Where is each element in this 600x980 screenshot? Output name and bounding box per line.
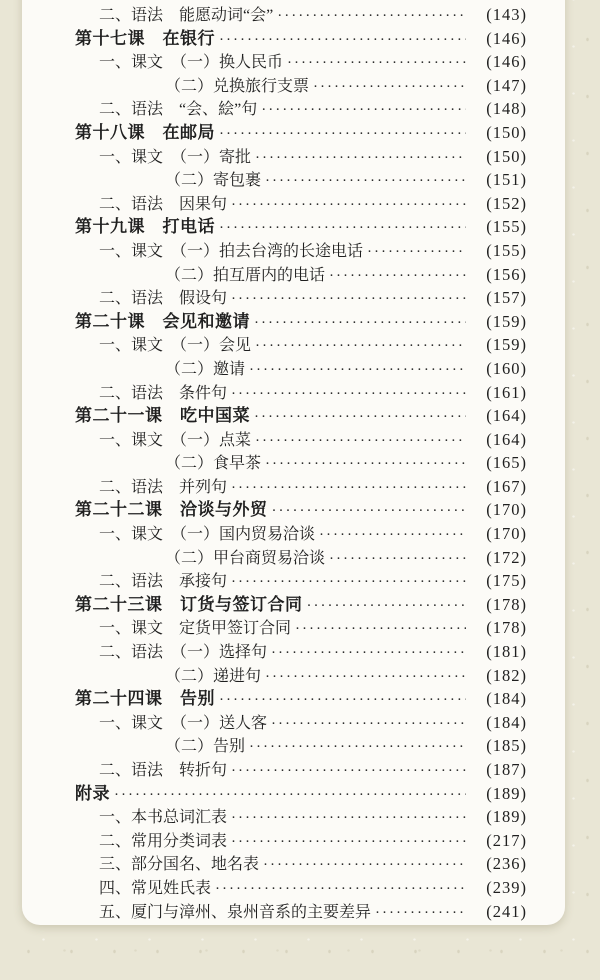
entry-page-number: (155) <box>471 239 527 263</box>
dot-leader <box>277 5 466 29</box>
toc-entry: 二、语法 能愿动词“会” (143) <box>75 3 527 27</box>
toc-entry: 第二十课 会见和邀请 (159) <box>75 310 527 334</box>
entry-label: （二）寄包裹 <box>165 169 261 193</box>
entry-label: 附录 <box>75 782 110 806</box>
dot-leader <box>219 123 466 147</box>
entry-page-number: (147) <box>471 74 527 98</box>
toc-entry: 二、语法 转折句 (187) <box>75 758 527 782</box>
dot-leader <box>329 548 466 572</box>
toc-entry: 四、常见姓氏表 (239) <box>75 876 527 900</box>
dot-leader <box>255 147 466 171</box>
entry-page-number: (185) <box>471 734 527 758</box>
entry-label: 一、课文 （一）拍去台湾的长途电话 <box>99 240 363 264</box>
toc-entry: （二）食早茶 (165) <box>75 451 527 475</box>
toc-entry: 一、课文 定货甲签订合同 (178) <box>75 616 527 640</box>
dot-leader <box>375 902 466 925</box>
dot-leader <box>261 99 466 123</box>
toc-entry: 二、语法 承接句 (175) <box>75 569 527 593</box>
dot-leader <box>114 784 466 808</box>
table-of-contents: 二、语法 能愿动词“会” (143) 第十七课 在银行 (146) 一、课文 （… <box>22 0 565 925</box>
entry-page-number: (217) <box>471 829 527 853</box>
entry-page-number: (170) <box>471 522 527 546</box>
entry-page-number: (241) <box>471 900 527 924</box>
entry-page-number: (175) <box>471 569 527 593</box>
dot-leader <box>254 312 466 336</box>
entry-label: （二）递进句 <box>165 665 261 689</box>
toc-entry: 三、部分国名、地名表 (236) <box>75 852 527 876</box>
book-page: 二、语法 能愿动词“会” (143) 第十七课 在银行 (146) 一、课文 （… <box>22 0 565 925</box>
entry-label: 第十八课 在邮局 <box>75 121 215 145</box>
toc-entry: 一、课文 （一）送人客 (184) <box>75 711 527 735</box>
toc-entry: （二）拍互厝内的电话 (156) <box>75 263 527 287</box>
entry-page-number: (151) <box>471 168 527 192</box>
toc-entry: 二、常用分类词表 (217) <box>75 829 527 853</box>
dot-leader <box>249 359 466 383</box>
toc-entry: 二、语法 因果句 (152) <box>75 192 527 216</box>
toc-entry: （二）邀请 (160) <box>75 357 527 381</box>
entry-label: 第二十三课 订货与签订合同 <box>75 593 303 617</box>
toc-entry: 第二十四课 告别 (184) <box>75 687 527 711</box>
entry-page-number: (178) <box>471 593 527 617</box>
dot-leader <box>231 288 466 312</box>
entry-label: 二、语法 “会、絵”句 <box>99 98 257 122</box>
entry-label: 一、课文 （一）换人民币 <box>99 51 283 75</box>
entry-page-number: (165) <box>471 451 527 475</box>
dot-leader <box>215 878 466 902</box>
dot-leader <box>219 29 466 53</box>
entry-label: （二）兑换旅行支票 <box>165 75 309 99</box>
entry-page-number: (178) <box>471 616 527 640</box>
entry-page-number: (236) <box>471 852 527 876</box>
entry-label: 第二十四课 告别 <box>75 687 215 711</box>
entry-label: 二、语法 条件句 <box>99 382 227 406</box>
entry-label: 一、课文 （一）送人客 <box>99 712 267 736</box>
toc-entry: （二）兑换旅行支票 (147) <box>75 74 527 98</box>
toc-entry: 一、课文 （一）寄批 (150) <box>75 145 527 169</box>
entry-page-number: (159) <box>471 310 527 334</box>
dot-leader <box>231 760 466 784</box>
entry-page-number: (160) <box>471 357 527 381</box>
entry-label: 五、厦门与漳州、泉州音系的主要差异 <box>99 901 371 925</box>
toc-entry: 五、厦门与漳州、泉州音系的主要差异 (241) <box>75 900 527 924</box>
toc-entry: 二、语法 并列句 (167) <box>75 475 527 499</box>
toc-entry: 一、课文 （一）换人民币 (146) <box>75 50 527 74</box>
entry-page-number: (146) <box>471 50 527 74</box>
toc-entry: 第十七课 在银行 (146) <box>75 27 527 51</box>
toc-entry: 一、课文 （一）国内贸易洽谈 (170) <box>75 522 527 546</box>
dot-leader <box>231 831 466 855</box>
entry-label: 第二十一课 吃中国菜 <box>75 404 250 428</box>
dot-leader <box>272 500 467 524</box>
dot-leader <box>231 571 466 595</box>
entry-label: 二、语法 假设句 <box>99 287 227 311</box>
toc-entry: （二）告别 (185) <box>75 734 527 758</box>
dot-leader <box>255 335 466 359</box>
entry-page-number: (157) <box>471 286 527 310</box>
entry-label: 二、语法 转折句 <box>99 759 227 783</box>
entry-page-number: (184) <box>471 687 527 711</box>
entry-page-number: (161) <box>471 381 527 405</box>
dot-leader <box>265 170 466 194</box>
toc-entry: 第二十二课 洽谈与外贸 (170) <box>75 498 527 522</box>
toc-entry: 第二十一课 吃中国菜 (164) <box>75 404 527 428</box>
entry-page-number: (239) <box>471 876 527 900</box>
dot-leader <box>219 217 466 241</box>
toc-entry: （二）递进句 (182) <box>75 664 527 688</box>
toc-entry: 第十八课 在邮局 (150) <box>75 121 527 145</box>
entry-label: 四、常见姓氏表 <box>99 877 211 901</box>
entry-page-number: (189) <box>471 782 527 806</box>
dot-leader <box>307 595 467 619</box>
entry-page-number: (159) <box>471 333 527 357</box>
dot-leader <box>255 430 466 454</box>
dot-leader <box>295 618 466 642</box>
dot-leader <box>231 477 466 501</box>
entry-page-number: (156) <box>471 263 527 287</box>
entry-label: 一、课文 （一）寄批 <box>99 146 251 170</box>
toc-entry: 第二十三课 订货与签订合同 (178) <box>75 593 527 617</box>
toc-entry: 一、课文 （一）点菜 (164) <box>75 428 527 452</box>
entry-page-number: (170) <box>471 498 527 522</box>
entry-label: 二、语法 并列句 <box>99 476 227 500</box>
entry-page-number: (164) <box>471 428 527 452</box>
dot-leader <box>329 265 466 289</box>
dot-leader <box>271 713 466 737</box>
dot-leader <box>231 383 466 407</box>
entry-page-number: (189) <box>471 805 527 829</box>
dot-leader <box>249 736 466 760</box>
toc-entry: （二）寄包裹 (151) <box>75 168 527 192</box>
entry-page-number: (148) <box>471 97 527 121</box>
entry-label: 二、语法 承接句 <box>99 570 227 594</box>
toc-entry: 附录 (189) <box>75 782 527 806</box>
entry-page-number: (150) <box>471 145 527 169</box>
toc-entry: （二）甲台商贸易洽谈 (172) <box>75 546 527 570</box>
screenshot-root: { "colors": { "background": "#e9e6d5", "… <box>0 0 600 980</box>
entry-page-number: (152) <box>471 192 527 216</box>
entry-page-number: (184) <box>471 711 527 735</box>
entry-label: 二、常用分类词表 <box>99 830 227 854</box>
toc-entry: 一、本书总词汇表 (189) <box>75 805 527 829</box>
entry-label: 一、课文 定货甲签订合同 <box>99 617 291 641</box>
dot-leader <box>231 807 466 831</box>
entry-page-number: (182) <box>471 664 527 688</box>
entry-label: 一、本书总词汇表 <box>99 806 227 830</box>
dot-leader <box>219 689 466 713</box>
dot-leader <box>313 76 466 100</box>
toc-entry: 二、语法 （一）选择句 (181) <box>75 640 527 664</box>
entry-label: 三、部分国名、地名表 <box>99 853 259 877</box>
dot-leader <box>319 524 466 548</box>
entry-page-number: (167) <box>471 475 527 499</box>
dot-leader <box>263 854 466 878</box>
entry-label: 一、课文 （一）会见 <box>99 334 251 358</box>
entry-label: （二）甲台商贸易洽谈 <box>165 547 325 571</box>
entry-label: （二）邀请 <box>165 358 245 382</box>
entry-label: 第十七课 在银行 <box>75 27 215 51</box>
entry-page-number: (150) <box>471 121 527 145</box>
entry-label: 二、语法 （一）选择句 <box>99 641 267 665</box>
dot-leader <box>254 406 466 430</box>
toc-entry: 一、课文 （一）拍去台湾的长途电话 (155) <box>75 239 527 263</box>
entry-label: 第二十二课 洽谈与外贸 <box>75 498 268 522</box>
entry-label: （二）食早茶 <box>165 452 261 476</box>
entry-page-number: (172) <box>471 546 527 570</box>
entry-page-number: (143) <box>471 3 527 27</box>
toc-entry: 一、课文 （一）会见 (159) <box>75 333 527 357</box>
toc-entry: 二、语法 条件句 (161) <box>75 381 527 405</box>
entry-page-number: (187) <box>471 758 527 782</box>
entry-label: 一、课文 （一）点菜 <box>99 429 251 453</box>
dot-leader <box>367 241 466 265</box>
entry-page-number: (155) <box>471 215 527 239</box>
entry-label: 二、语法 能愿动词“会” <box>99 4 273 28</box>
dot-leader <box>271 642 466 666</box>
entry-page-number: (146) <box>471 27 527 51</box>
entry-label: 二、语法 因果句 <box>99 193 227 217</box>
dot-leader <box>287 52 466 76</box>
entry-label: 一、课文 （一）国内贸易洽谈 <box>99 523 315 547</box>
entry-label: 第二十课 会见和邀请 <box>75 310 250 334</box>
entry-label: 第十九课 打电话 <box>75 215 215 239</box>
entry-label: （二）告别 <box>165 735 245 759</box>
toc-entry: 二、语法 假设句 (157) <box>75 286 527 310</box>
entry-label: （二）拍互厝内的电话 <box>165 264 325 288</box>
toc-entry: 二、语法 “会、絵”句 (148) <box>75 97 527 121</box>
dot-leader <box>265 453 466 477</box>
toc-entry: 第十九课 打电话 (155) <box>75 215 527 239</box>
entry-page-number: (164) <box>471 404 527 428</box>
dot-leader <box>231 194 466 218</box>
entry-page-number: (181) <box>471 640 527 664</box>
dot-leader <box>265 666 466 690</box>
